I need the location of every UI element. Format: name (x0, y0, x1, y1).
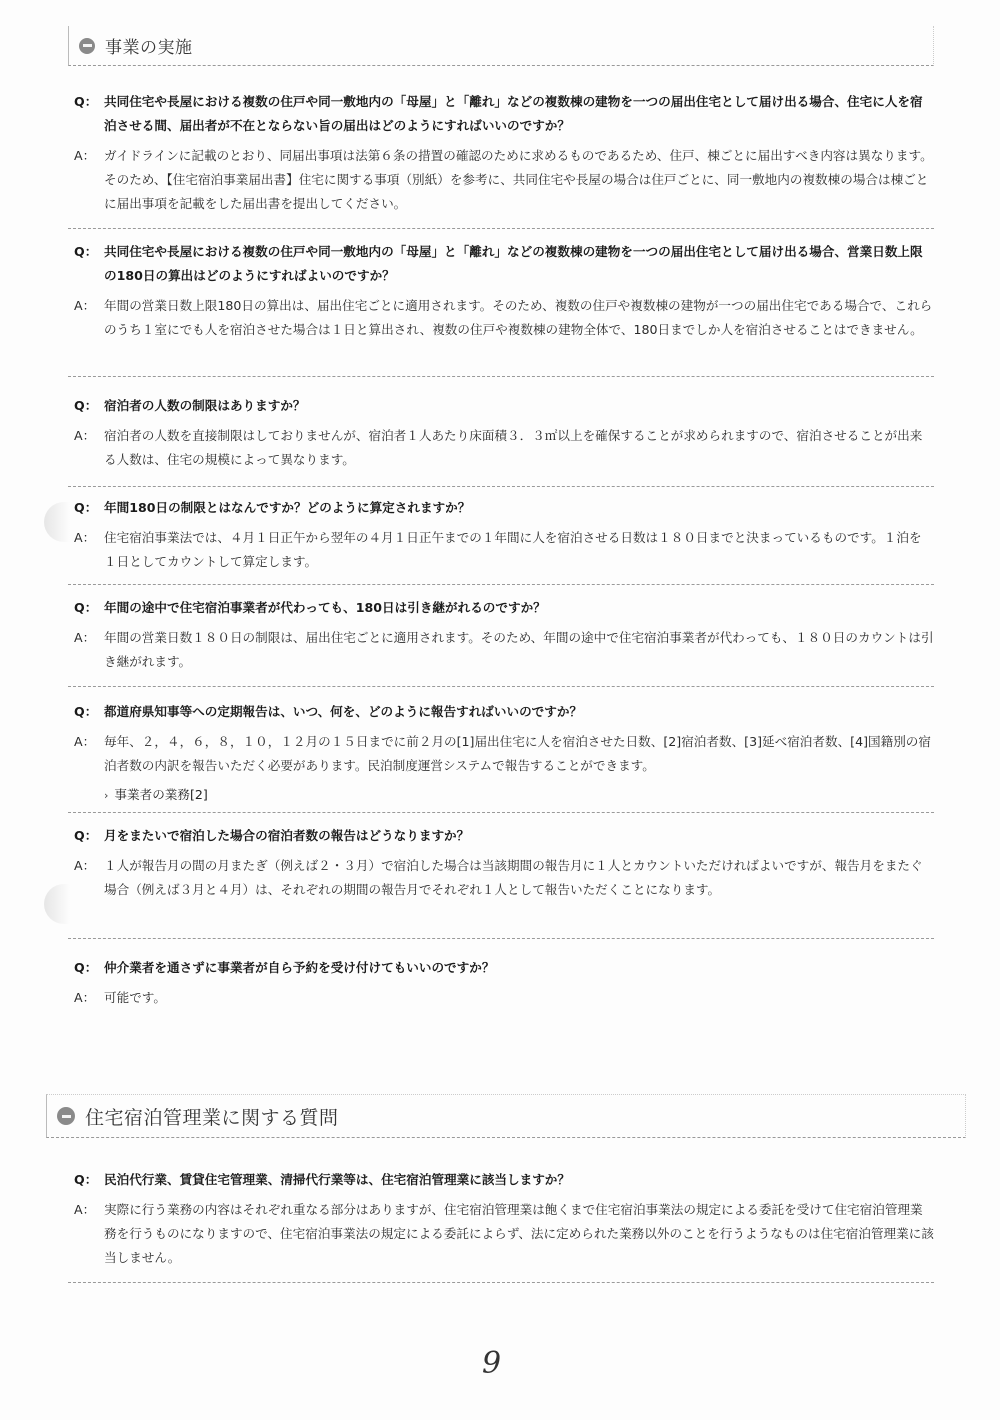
related-link-business-duties[interactable]: ›事業者の業務[2] (74, 784, 934, 807)
question-text: 年間の途中で住宅宿泊事業者が代わっても、180日は引き継がれるのですか？ (104, 596, 934, 620)
answer-text: 実際に行う業務の内容はそれぞれ重なる部分はありますが、住宅宿泊管理業は飽くまで住… (104, 1198, 934, 1270)
q-mark: Q： (74, 496, 104, 520)
divider (68, 376, 934, 377)
divider (68, 812, 934, 813)
punch-hole (44, 884, 70, 924)
a-mark: A： (74, 626, 104, 674)
qa-item: Q：民泊代行業、賃貸住宅管理業、清掃代行業等は、住宅宿泊管理業に該当しますか？ … (74, 1168, 934, 1270)
question-text: 月をまたいで宿泊した場合の宿泊者数の報告はどうなりますか？ (104, 824, 934, 848)
qa-item: Q：年間180日の制限とはなんですか？どのように算定されますか？ A：住宅宿泊事… (74, 496, 934, 574)
a-mark: A： (74, 526, 104, 574)
page-number: 9 (482, 1346, 501, 1381)
answer-text: 住宅宿泊事業法では、４月１日正午から翌年の４月１日正午までの１年間に人を宿泊させ… (104, 526, 934, 574)
divider (68, 938, 934, 939)
question-text: 共同住宅や長屋における複数の住戸や同一敷地内の「母屋」と「離れ」などの複数棟の建… (104, 240, 934, 288)
section-header-business-operation: 事業の実施 (68, 26, 934, 66)
q-mark: Q： (74, 700, 104, 724)
a-mark: A： (74, 144, 104, 216)
q-mark: Q： (74, 824, 104, 848)
divider (68, 584, 934, 585)
qa-item: Q：年間の途中で住宅宿泊事業者が代わっても、180日は引き継がれるのですか？ A… (74, 596, 934, 674)
section-header-management-business: 住宅宿泊管理業に関する質問 (46, 1094, 966, 1138)
punch-hole (44, 502, 70, 542)
link-text[interactable]: 事業者の業務[2] (114, 787, 207, 802)
a-mark: A： (74, 424, 104, 472)
qa-item: Q：月をまたいで宿泊した場合の宿泊者数の報告はどうなりますか？ A：１人が報告月… (74, 824, 934, 902)
qa-item: Q：仲介業者を通さずに事業者が自ら予約を受け付けてもいいのですか？ A：可能です… (74, 956, 934, 1010)
qa-item: Q：共同住宅や長屋における複数の住戸や同一敷地内の「母屋」と「離れ」などの複数棟… (74, 240, 934, 342)
answer-text: 毎年、２，４，６，８，１０，１２月の１５日までに前２月の[1]届出住宅に人を宿泊… (104, 730, 934, 778)
chevron-right-icon: › (104, 789, 108, 802)
answer-text: 宿泊者の人数を直接制限はしておりませんが、宿泊者１人あたり床面積３．３㎡以上を確… (104, 424, 934, 472)
question-text: 宿泊者の人数の制限はありますか？ (104, 394, 934, 418)
qa-item: Q：都道府県知事等への定期報告は、いつ、何を、どのように報告すればいいのですか？… (74, 700, 934, 807)
qa-item: Q：共同住宅や長屋における複数の住戸や同一敷地内の「母屋」と「離れ」などの複数棟… (74, 90, 934, 216)
question-text: 仲介業者を通さずに事業者が自ら予約を受け付けてもいいのですか？ (104, 956, 934, 980)
answer-text: 可能です。 (104, 986, 934, 1010)
question-text: 年間180日の制限とはなんですか？どのように算定されますか？ (104, 496, 934, 520)
q-mark: Q： (74, 1168, 104, 1192)
a-mark: A： (74, 1198, 104, 1270)
minus-circle-icon (57, 1107, 75, 1125)
section-title: 住宅宿泊管理業に関する質問 (85, 1103, 339, 1130)
answer-text: 年間の営業日数１８０日の制限は、届出住宅ごとに適用されます。そのため、年間の途中… (104, 626, 934, 674)
question-text: 共同住宅や長屋における複数の住戸や同一敷地内の「母屋」と「離れ」などの複数棟の建… (104, 90, 934, 138)
q-mark: Q： (74, 596, 104, 620)
answer-text: 年間の営業日数上限180日の算出は、届出住宅ごとに適用されます。そのため、複数の… (104, 294, 934, 342)
question-text: 都道府県知事等への定期報告は、いつ、何を、どのように報告すればいいのですか？ (104, 700, 934, 724)
q-mark: Q： (74, 394, 104, 418)
answer-text: １人が報告月の間の月またぎ（例えば２・３月）で宿泊した場合は当該期間の報告月に１… (104, 854, 934, 902)
minus-circle-icon (79, 38, 95, 54)
divider (68, 486, 934, 487)
a-mark: A： (74, 730, 104, 778)
a-mark: A： (74, 854, 104, 902)
q-mark: Q： (74, 956, 104, 980)
a-mark: A： (74, 986, 104, 1010)
q-mark: Q： (74, 90, 104, 138)
divider (68, 1282, 934, 1283)
answer-text: ガイドラインに記載のとおり、同届出事項は法第６条の措置の確認のために求めるもので… (104, 144, 934, 216)
section-title: 事業の実施 (105, 33, 193, 58)
q-mark: Q： (74, 240, 104, 288)
qa-item: Q：宿泊者の人数の制限はありますか？ A：宿泊者の人数を直接制限はしておりません… (74, 394, 934, 472)
a-mark: A： (74, 294, 104, 342)
question-text: 民泊代行業、賃貸住宅管理業、清掃代行業等は、住宅宿泊管理業に該当しますか？ (104, 1168, 934, 1192)
divider (68, 228, 934, 229)
divider (68, 686, 934, 687)
